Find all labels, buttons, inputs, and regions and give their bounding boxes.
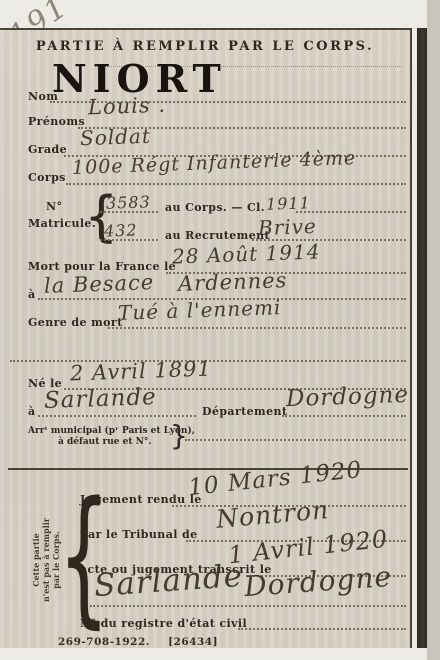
matricule-recrutement-rule: [100, 239, 158, 241]
prenoms-value: Louis .: [88, 93, 167, 120]
naissance-date-value: 2 Avril 1891: [70, 357, 213, 386]
corps-label: Corps: [28, 171, 66, 184]
naissance-lieu-value: Sarlande: [44, 384, 158, 414]
mort-date-value: 28 Août 1914: [172, 239, 321, 268]
imprint-number: 269-708-1922.: [58, 636, 150, 648]
departement-rule: [282, 415, 406, 417]
sidebar-note-line1: Cette partie: [31, 533, 41, 587]
scan-gutter: [427, 0, 440, 660]
mort-departement-value: Ardennes: [178, 268, 288, 296]
registre-rule: [238, 628, 406, 630]
transcription-lieu-rule: [90, 605, 406, 607]
tribunal-value: Nontron: [215, 495, 330, 534]
naissance-lieu-rule: [38, 415, 196, 417]
grade-value: Soldat: [80, 124, 152, 150]
mort-lieu-value: la Besace: [44, 270, 155, 298]
arrondissement-rule: [185, 439, 406, 441]
departement-label: Département: [202, 405, 287, 418]
arrondissement-brace-icon: }: [170, 422, 188, 450]
matricule-recrutement-place: Brive: [258, 214, 318, 240]
naissance-lieu-label: à: [28, 405, 36, 418]
tribunal-label: par le Tribunal de: [80, 528, 198, 541]
prenoms-label: Prénoms: [28, 115, 85, 128]
matricule-corps-rule: [100, 211, 158, 213]
mort-lieu-label: à: [28, 288, 36, 301]
departement-value: Dordogne: [286, 382, 410, 412]
matricule-recrutement-number: 432: [104, 220, 138, 240]
imprint-reference: [26434]: [168, 636, 218, 648]
record-card: PARTIE À REMPLIR PAR LE CORPS. Nom NIORT…: [0, 28, 412, 648]
registre-label: N° du registre d'état civil: [80, 617, 247, 630]
transcription-lieu-label: à: [80, 595, 88, 608]
sidebar-note-line2: n'est pas à remplir: [41, 518, 51, 602]
matricule-corps-number: 3583: [106, 192, 151, 213]
jugement-value: 10 Mars 1920: [187, 457, 363, 501]
genre-mort-value: Tué à l'ennemi: [118, 295, 282, 325]
genre-mort-rule: [108, 327, 406, 329]
section-header: PARTIE À REMPLIR PAR LE CORPS.: [0, 39, 410, 54]
footer-imprint: 269-708-1922. [26434]: [58, 636, 218, 648]
card-edge-bar: [417, 28, 427, 648]
grade-label: Grade: [28, 143, 67, 156]
corps-value: 100e Régt Infanterie 4ème: [72, 147, 357, 179]
matricule-label-line1: N°: [46, 200, 62, 213]
matricule-au-corps-label: au Corps. — Cl.: [165, 201, 265, 214]
matricule-classe-rule: [296, 211, 406, 213]
arrondissement-label-line2: à défaut rue et N°.: [58, 437, 152, 447]
